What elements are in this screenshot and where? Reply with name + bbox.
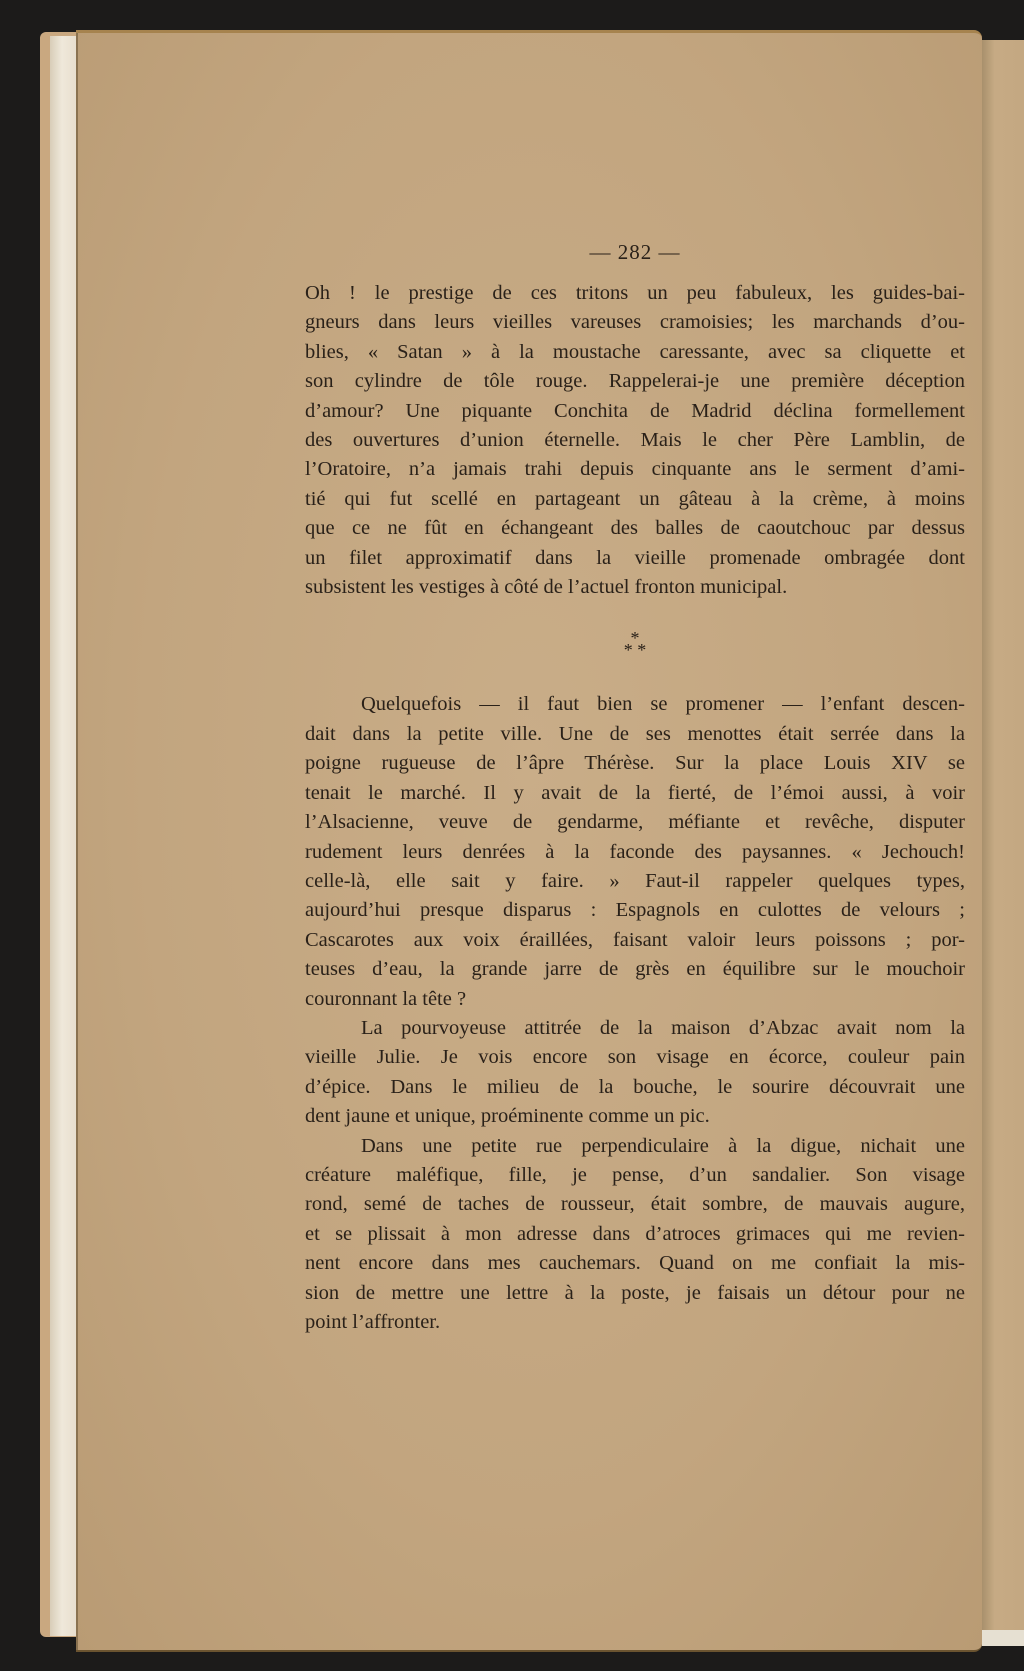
text-block-after-break: Quelquefois — il faut bien se promener —… [305, 690, 965, 1337]
asterism-bottom: * * [305, 644, 965, 656]
paragraph: Oh ! le prestige de ces tritons un peu f… [305, 279, 965, 602]
text-line: des ouvertures d’union éternelle. Mais l… [305, 426, 965, 455]
text-line: tenait le marché. Il y avait de la fiert… [305, 779, 965, 808]
text-line: poigne rugueuse de l’âpre Thérèse. Sur l… [305, 749, 965, 778]
text-line: l’Oratoire, n’a jamais trahi depuis cinq… [305, 455, 965, 484]
section-break-asterism: * * * [305, 632, 965, 656]
text-line: d’épice. Dans le milieu de la bouche, le… [305, 1073, 965, 1102]
text-line: celle-là, elle sait y faire. » Faut-il r… [305, 867, 965, 896]
text-line: Oh ! le prestige de ces tritons un peu f… [305, 279, 965, 308]
page-number: — 282 — [305, 240, 965, 265]
text-line: Quelquefois — il faut bien se promener —… [305, 690, 965, 719]
text-line: l’Alsacienne, veuve de gendarme, méfiant… [305, 808, 965, 837]
adjacent-page-edge [982, 40, 1024, 1630]
text-line: que ce ne fût en échangeant des balles d… [305, 514, 965, 543]
text-line: La pourvoyeuse attitrée de la maison d’A… [305, 1014, 965, 1043]
paragraph: Dans une petite rue perpendiculaire à la… [305, 1132, 965, 1338]
paragraph: Quelquefois — il faut bien se promener —… [305, 690, 965, 1013]
text-block-before-break: Oh ! le prestige de ces tritons un peu f… [305, 279, 965, 602]
text-line: vieille Julie. Je vois encore son visage… [305, 1043, 965, 1072]
text-line: son cylindre de tôle rouge. Rappelerai-j… [305, 367, 965, 396]
text-line: d’amour? Une piquante Conchita de Madrid… [305, 397, 965, 426]
text-line: dait dans la petite ville. Une de ses me… [305, 720, 965, 749]
text-line: blies, « Satan » à la moustache caressan… [305, 338, 965, 367]
text-line: rudement leurs denrées à la faconde des … [305, 838, 965, 867]
text-line: Dans une petite rue perpendiculaire à la… [305, 1132, 965, 1161]
text-line: gneurs dans leurs vieilles vareuses cram… [305, 308, 965, 337]
text-line: aujourd’hui presque disparus : Espagnols… [305, 896, 965, 925]
text-line: nent encore dans mes cauchemars. Quand o… [305, 1249, 965, 1278]
text-line: point l’affronter. [305, 1308, 965, 1337]
text-line: et se plissait à mon adresse dans d’atro… [305, 1220, 965, 1249]
text-line: dent jaune et unique, proéminente comme … [305, 1102, 965, 1131]
text-line: Cascarotes aux voix éraillées, faisant v… [305, 926, 965, 955]
text-line: rond, semé de taches de rousseur, était … [305, 1190, 965, 1219]
paragraph: La pourvoyeuse attitrée de la maison d’A… [305, 1014, 965, 1132]
text-line: teuses d’eau, la grande jarre de grès en… [305, 955, 965, 984]
text-line: subsistent les vestiges à côté de l’actu… [305, 573, 965, 602]
page-content: — 282 — Oh ! le prestige de ces tritons … [305, 240, 965, 1337]
text-line: couronnant la tête ? [305, 985, 965, 1014]
text-line: créature maléfique, fille, je pense, d’u… [305, 1161, 965, 1190]
text-line: tié qui fut scellé en partageant un gâte… [305, 485, 965, 514]
text-line: sion de mettre une lettre à la poste, je… [305, 1279, 965, 1308]
text-line: un filet approximatif dans la vieille pr… [305, 544, 965, 573]
adjacent-page-corner [982, 1630, 1024, 1646]
